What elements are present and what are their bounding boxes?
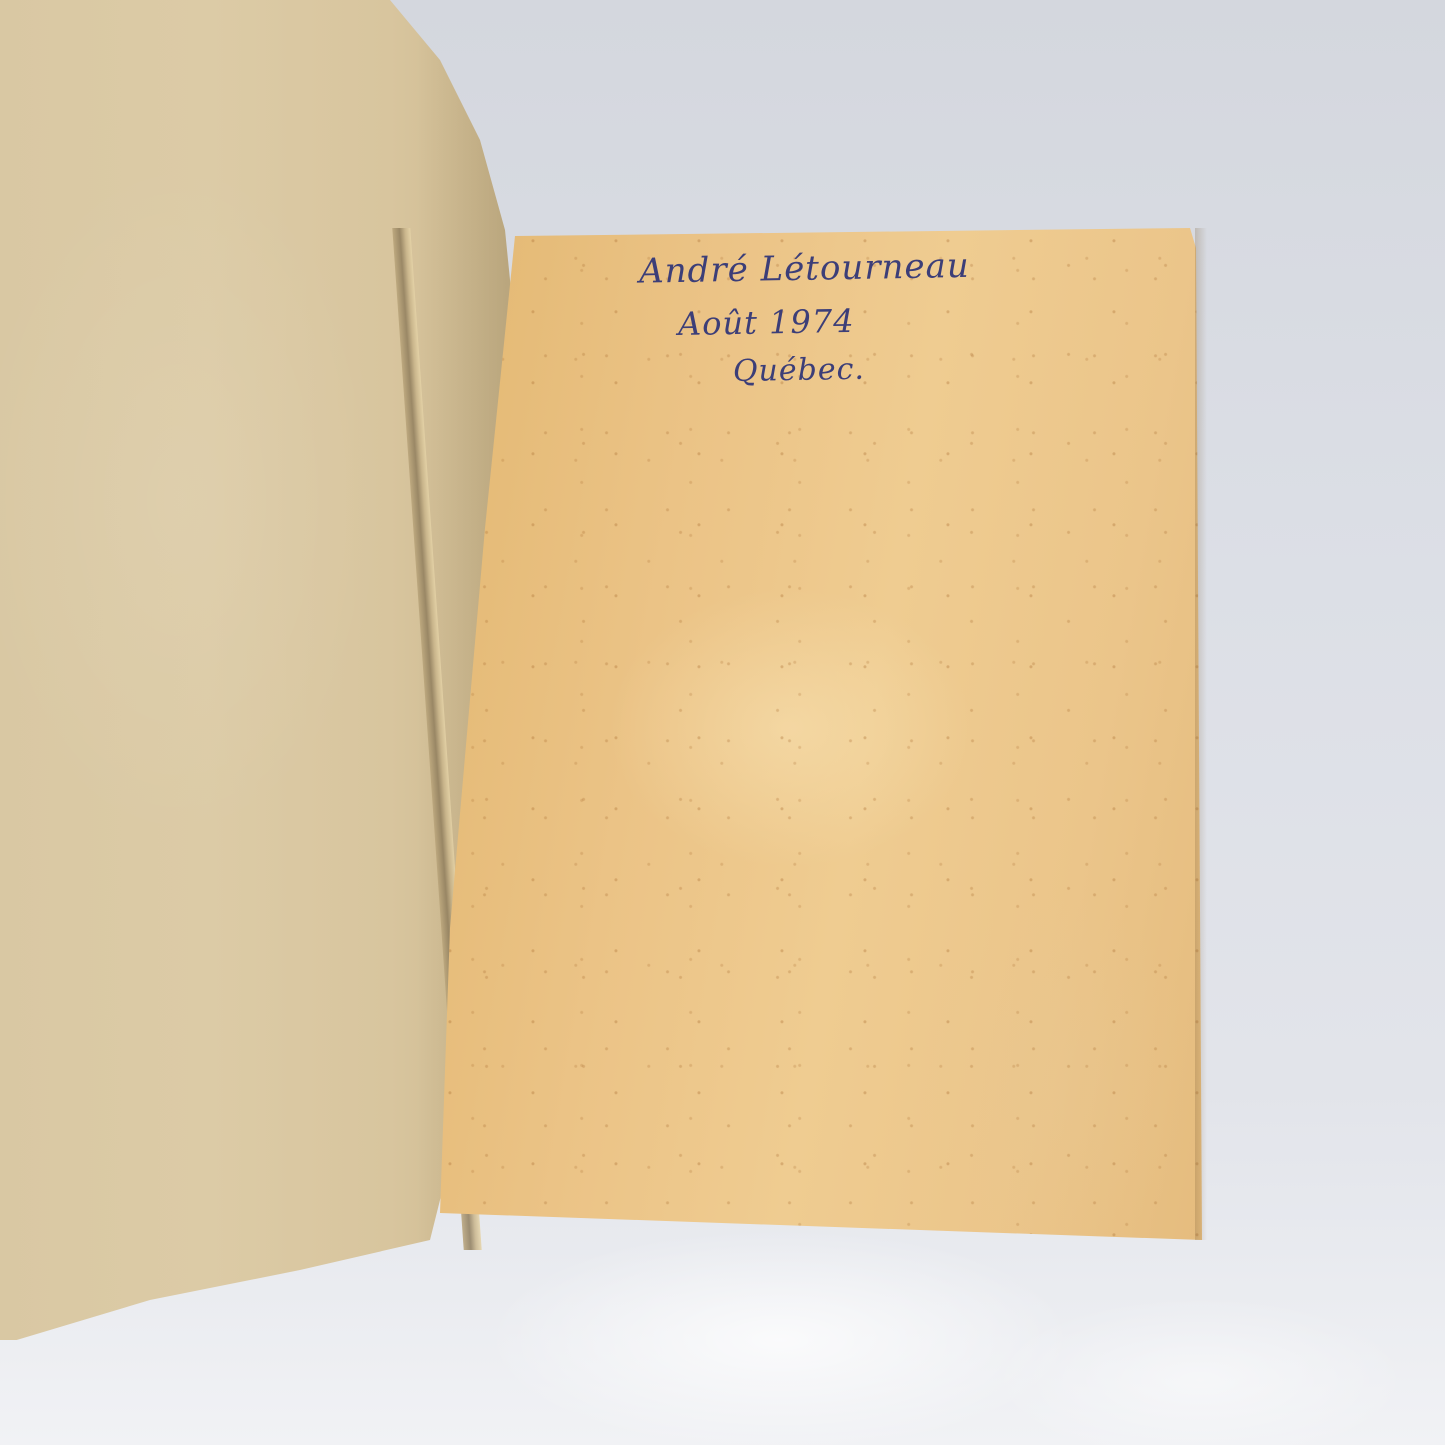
inscription-place: Québec. bbox=[733, 348, 1062, 389]
page-edge-shadow bbox=[1195, 228, 1207, 1240]
inscription-date: Août 1974 bbox=[678, 298, 1061, 343]
photo-scene: André Létourneau Août 1974 Québec. bbox=[0, 0, 1445, 1445]
inscription-name: André Létourneau bbox=[639, 244, 1060, 291]
handwritten-inscription: André Létourneau Août 1974 Québec. bbox=[639, 244, 1061, 390]
left-book-page bbox=[0, 0, 520, 1340]
